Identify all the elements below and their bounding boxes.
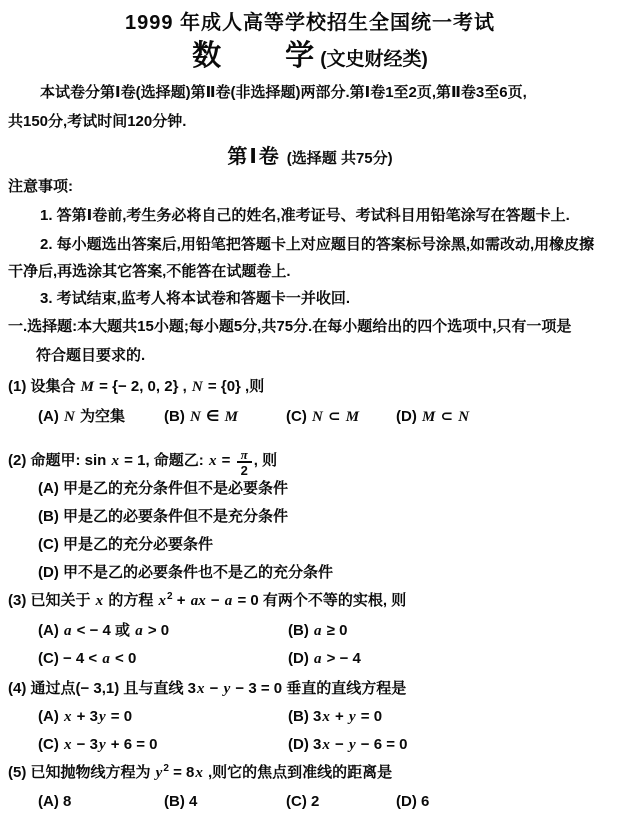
text-run: = 0 有两个不等的实根, 则 — [233, 592, 406, 609]
note-2-line-1: 2. 每小题选出答案后,用铅笔把答题卡上对应题目的答案标号涂黑,如需改动,用橡皮… — [40, 236, 594, 253]
text-run: − 3 — [73, 736, 98, 753]
math-var: N — [457, 409, 470, 425]
question-1-stem: (1) 设集合 M = {− 2, 0, 2} , N = {0} ,则 — [8, 378, 264, 396]
question-1-option-c: (C) N ⊂ M — [286, 408, 360, 426]
text-run: (A) — [38, 708, 63, 725]
question-3-stem: (3) 已知关于 x 的方程 x2 + ax − a = 0 有两个不等的实根,… — [8, 592, 406, 610]
subject-category: (文史财经类) — [320, 49, 428, 70]
part1-subtitle: (选择题 共75分) — [287, 150, 393, 167]
text-run: = 8 — [169, 764, 194, 781]
question-1-option-b: (B) N ∈ M — [164, 408, 239, 426]
part1-heading: 第Ⅰ卷(选择题 共75分) — [0, 140, 620, 169]
math-var: x — [63, 737, 73, 753]
text-run: , 则 — [254, 452, 277, 469]
question-3-option-c: (C) − 4 < a < 0 — [38, 650, 136, 668]
text-run: (C) — [286, 408, 311, 425]
math-var: a — [134, 623, 144, 639]
subject-char-2: 学 — [285, 40, 316, 72]
math-var: a — [101, 651, 111, 667]
text-run: 为空集 — [76, 408, 125, 425]
question-2-option-a: (A) 甲是乙的充分条件但不是必要条件 — [38, 480, 288, 497]
text-run: = 0 — [107, 708, 132, 725]
text-run: − 6 = 0 — [357, 736, 408, 753]
text-run: < − 4 或 — [73, 622, 135, 639]
math-var: y — [223, 681, 232, 697]
question-4-option-b: (B) 3x + y = 0 — [288, 708, 382, 726]
note-2-line-2: 干净后,再选涂其它答案,不能答在试题卷上. — [8, 263, 291, 280]
text-run: (1) 设集合 — [8, 378, 80, 395]
question-1-option-d: (D) M ⊂ N — [396, 408, 470, 426]
text-run: (A) 8 — [38, 793, 71, 810]
text-run: (B) 3 — [288, 708, 321, 725]
text-run: (D) 3 — [288, 736, 321, 753]
question-1-option-a: (A) N 为空集 — [38, 408, 125, 426]
subject-title: 数学(文史财经类) — [0, 33, 620, 74]
text-run: (B) — [164, 408, 189, 425]
text-run: (D) — [396, 408, 421, 425]
math-var: x — [63, 709, 73, 725]
question-4-stem: (4) 通过点(− 3,1) 且与直线 3x − y − 3 = 0 垂直的直线… — [8, 680, 406, 698]
fraction: π2 — [237, 448, 252, 478]
math-var: M — [345, 409, 360, 425]
text-run: (4) 通过点(− 3,1) 且与直线 3 — [8, 680, 196, 697]
text-run: = {− 2, 0, 2} , — [95, 378, 191, 395]
math-var: M — [224, 409, 239, 425]
question-3-option-d: (D) a > − 4 — [288, 650, 361, 668]
text-run: > 0 — [144, 622, 169, 639]
question-2-option-d: (D) 甲不是乙的必要条件也不是乙的充分条件 — [38, 564, 333, 581]
note-1: 1. 答第Ⅰ卷前,考生务必将自己的姓名,准考证号、考试科目用铅笔涂写在答题卡上. — [40, 207, 570, 224]
text-run: (A) 甲是乙的充分条件但不是必要条件 — [38, 480, 288, 497]
text-run: (B) 4 — [164, 793, 197, 810]
question-5-option-b: (B) 4 — [164, 793, 197, 810]
question-5-option-c: (C) 2 — [286, 793, 319, 810]
math-var: y — [98, 737, 107, 753]
note-3: 3. 考试结束,监考人将本试卷和答题卡一并收回. — [40, 290, 350, 307]
text-run: = 0 — [357, 708, 382, 725]
text-run: (2) 命题甲: sin — [8, 452, 111, 469]
section1-heading-line-1: 一.选择题:本大题共15小题;每小题5分,共75分.在每小题给出的四个选项中,只… — [8, 318, 571, 335]
math-var: y — [348, 737, 357, 753]
exam-paper-page: 1999 年成人高等学校招生全国统一考试 数学(文史财经类) 本试卷分第Ⅰ卷(选… — [0, 0, 620, 816]
exam-title: 1999 年成人高等学校招生全国统一考试 — [0, 6, 620, 35]
text-run: (3) 已知关于 — [8, 592, 95, 609]
text-run: = 1, 命题乙: — [120, 452, 208, 469]
math-var: x — [194, 765, 204, 781]
math-var: a — [224, 593, 234, 609]
text-run: (C) 2 — [286, 793, 319, 810]
part1-title: 第Ⅰ卷 — [227, 146, 280, 168]
question-2-option-c: (C) 甲是乙的充分必要条件 — [38, 536, 213, 553]
text-run: ∈ — [202, 408, 224, 425]
text-run: ,则它的焦点到准线的距离是 — [204, 764, 392, 781]
text-run: (B) — [288, 622, 313, 639]
text-run: (B) 甲是乙的必要条件但不是充分条件 — [38, 508, 288, 525]
math-var: M — [80, 379, 95, 395]
text-run: + — [173, 592, 190, 609]
question-5-stem: (5) 已知抛物线方程为 y2 = 8x ,则它的焦点到准线的距离是 — [8, 764, 392, 782]
text-run: − 3 = 0 垂直的直线方程是 — [231, 680, 406, 697]
notes-heading: 注意事项: — [8, 178, 73, 195]
question-5-option-a: (A) 8 — [38, 793, 71, 810]
math-var: a — [313, 623, 323, 639]
question-4-option-a: (A) x + 3y = 0 — [38, 708, 132, 726]
text-run: ≥ 0 — [323, 622, 348, 639]
math-var: x — [321, 709, 331, 725]
text-run: > − 4 — [323, 650, 361, 667]
math-var: N — [63, 409, 76, 425]
question-2-option-b: (B) 甲是乙的必要条件但不是充分条件 — [38, 508, 288, 525]
intro-line-2: 共150分,考试时间120分钟. — [8, 113, 186, 130]
intro-line-1: 本试卷分第Ⅰ卷(选择题)第Ⅱ卷(非选择题)两部分.第Ⅰ卷1至2页,第Ⅱ卷3至6页… — [40, 84, 527, 101]
math-var: N — [191, 379, 204, 395]
math-var: x — [95, 593, 105, 609]
text-run: ⊂ — [324, 408, 345, 425]
question-3-option-b: (B) a ≥ 0 — [288, 622, 347, 640]
question-4-option-c: (C) x − 3y + 6 = 0 — [38, 736, 157, 754]
text-run: (A) — [38, 622, 63, 639]
text-run: (D) 6 — [396, 793, 429, 810]
text-run: (D) 甲不是乙的必要条件也不是乙的充分条件 — [38, 564, 333, 581]
text-run: − — [205, 680, 222, 697]
text-run: (D) — [288, 650, 313, 667]
math-var: M — [421, 409, 436, 425]
text-run: + — [331, 708, 348, 725]
math-var: ax — [190, 593, 207, 609]
text-run: (A) — [38, 408, 63, 425]
text-run: 的方程 — [104, 592, 157, 609]
text-run: + 3 — [73, 708, 98, 725]
text-run: < 0 — [111, 650, 136, 667]
math-var: y — [348, 709, 357, 725]
math-var: a — [313, 651, 323, 667]
question-5-option-d: (D) 6 — [396, 793, 429, 810]
text-run: − — [331, 736, 348, 753]
text-run: + 6 = 0 — [107, 736, 158, 753]
math-var: y — [98, 709, 107, 725]
text-run: (C) 甲是乙的充分必要条件 — [38, 536, 213, 553]
math-var: a — [63, 623, 73, 639]
text-run: (C) − 4 < — [38, 650, 101, 667]
text-run: (5) 已知抛物线方程为 — [8, 764, 155, 781]
text-run: (C) — [38, 736, 63, 753]
subject-char-1: 数 — [192, 40, 223, 72]
question-3-option-a: (A) a < − 4 或 a > 0 — [38, 622, 169, 640]
question-4-option-d: (D) 3x − y − 6 = 0 — [288, 736, 408, 754]
math-var: N — [311, 409, 324, 425]
math-var: N — [189, 409, 202, 425]
text-run: ⊂ — [436, 408, 457, 425]
text-run: = {0} ,则 — [204, 378, 264, 395]
question-2-stem: (2) 命题甲: sin x = 1, 命题乙: x = π2, 则 — [8, 448, 277, 478]
text-run: = — [217, 452, 234, 469]
text-run: − — [207, 592, 224, 609]
math-var: x — [158, 593, 168, 609]
math-var: x — [111, 453, 121, 469]
section1-heading-line-2: 符合题目要求的. — [36, 347, 145, 364]
math-var: x — [321, 737, 331, 753]
